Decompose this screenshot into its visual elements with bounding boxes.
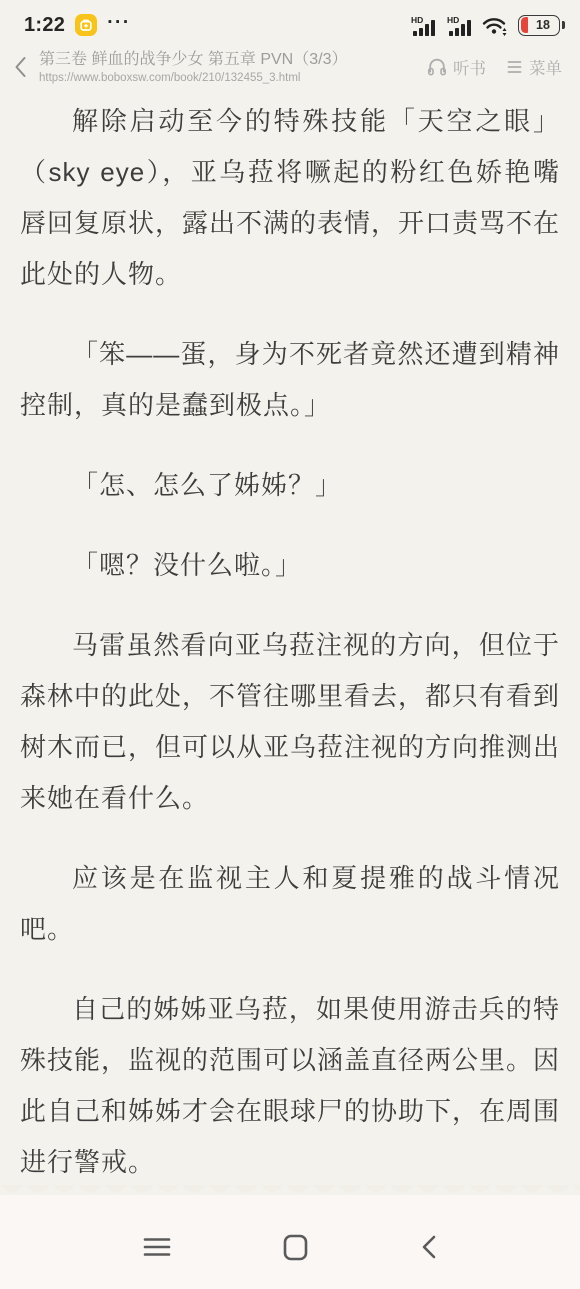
headphones-icon [427,58,447,76]
header-actions: 听书 菜单 [427,55,562,79]
battery-icon: 18 [518,15,560,36]
chevron-left-icon [14,56,27,78]
recents-icon [143,1237,171,1257]
chapter-title: 第三卷 鲜血的战争少女 第五章 PVN（3/3） [39,50,417,70]
battery-saver-icon [75,14,97,36]
svg-text:HD: HD [411,15,423,25]
home-button[interactable] [277,1228,314,1267]
recents-button[interactable] [137,1231,177,1263]
more-notifications-icon: ··· [107,13,130,38]
page-title-block: 第三卷 鲜血的战争少女 第五章 PVN（3/3） https://www.bob… [39,50,417,85]
wifi-icon [482,15,510,36]
home-icon [283,1234,308,1261]
paragraph: 「怎、怎么了姊姊？」 [20,460,560,511]
menu-label: 菜单 [529,55,562,79]
listen-label: 听书 [453,55,486,79]
system-navigation-bar [0,1195,580,1289]
paragraph: 自己的姊姊亚乌菈，如果使用游击兵的特殊技能，监视的范围可以涵盖直径两公里。因此自… [20,984,560,1188]
clock: 1:22 [24,14,65,37]
listen-button[interactable]: 听书 [427,55,486,79]
paragraph: 应该是在监视主人和夏提雅的战斗情况吧。 [20,853,560,955]
back-button[interactable] [12,54,29,80]
screen: 1:22 ··· HD HD [0,0,580,1289]
paragraph: 「嗯？没什么啦。」 [20,540,560,591]
hamburger-icon [506,60,523,74]
page-url: https://www.boboxsw.com/book/210/132455_… [39,71,417,85]
back-nav-button[interactable] [414,1228,443,1266]
paragraph: 马雷虽然看向亚乌菈注视的方向，但位于森林中的此处，不管往哪里看去，都只有看到树木… [20,620,560,824]
status-bar: 1:22 ··· HD HD [0,0,580,42]
status-bar-right: HD HD 18 [410,15,560,36]
battery-percent: 18 [527,16,559,35]
back-icon [420,1234,437,1260]
paragraph: 「笨——蛋，身为不死者竟然还遭到精神控制，真的是蠢到极点。」 [20,329,560,431]
paragraph: 解除启动至今的特殊技能「天空之眼」（sky eye），亚乌菈将噘起的粉红色娇艳嘴… [20,96,560,300]
article: 解除启动至今的特殊技能「天空之眼」（sky eye），亚乌菈将噘起的粉红色娇艳嘴… [0,96,580,1195]
cellular-signal-icon: HD [446,15,474,36]
svg-text:HD: HD [447,15,459,25]
reader-header: 第三卷 鲜血的战争少女 第五章 PVN（3/3） https://www.bob… [0,42,580,96]
cellular-signal-icon: HD [410,15,438,36]
status-bar-left: 1:22 ··· [24,13,131,38]
menu-button[interactable]: 菜单 [506,55,562,79]
